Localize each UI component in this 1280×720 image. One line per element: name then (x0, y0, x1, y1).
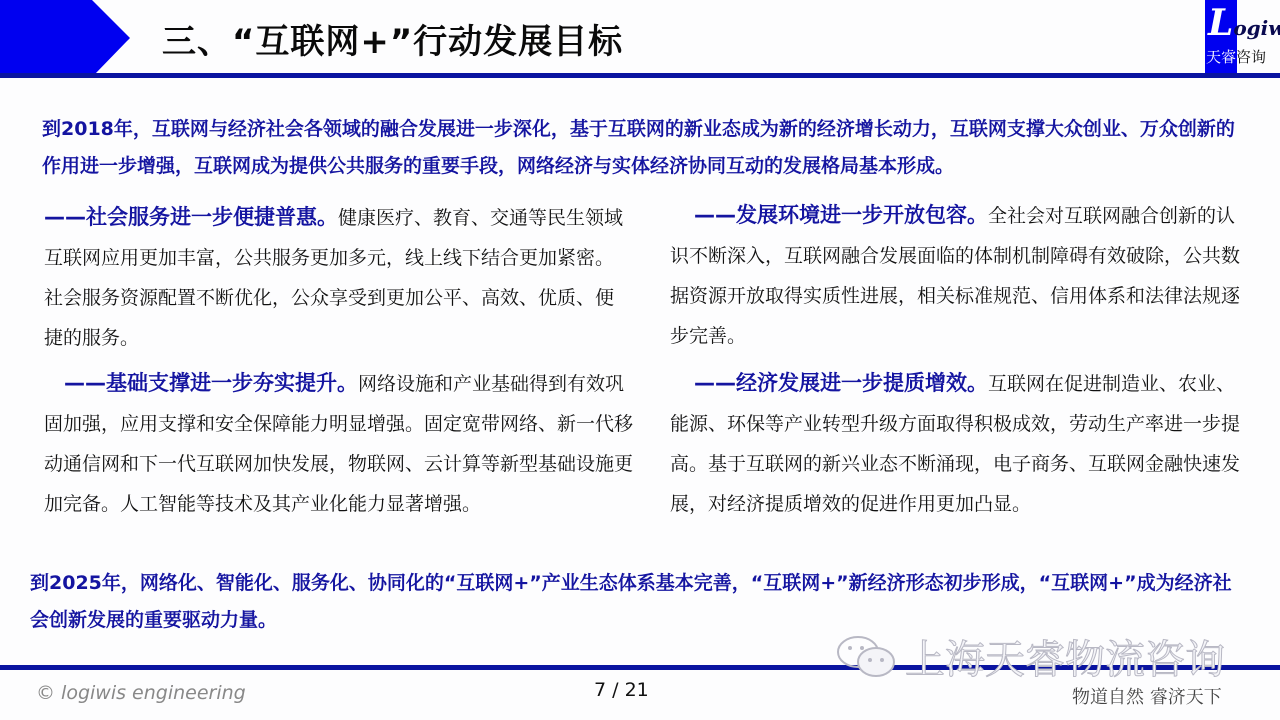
logo-cn-name: 天睿咨询 (1206, 46, 1266, 67)
goal-heading: ——发展环境进一步开放包容。 (694, 203, 988, 227)
header-arrow-shape (0, 0, 132, 74)
goal-environment: ——发展环境进一步开放包容。全社会对互联网融合创新的认识不断深入，互联网融合发展… (670, 195, 1240, 356)
goal-infrastructure: ——基础支撑进一步夯实提升。网络设施和产业基础得到有效巩固加强，应用支撑和安全保… (44, 363, 634, 524)
wechat-icon (836, 634, 906, 684)
slogan: 物道自然 睿济天下 (1072, 683, 1222, 709)
logo: Logiwis 天睿咨询 (1196, 0, 1280, 73)
page-number: 7 / 21 (594, 679, 649, 701)
page-title: 三、“互联网+”行动发展目标 (162, 14, 623, 63)
copyright: © logiwis engineering (36, 682, 246, 704)
goal-heading: ——经济发展进一步提质增效。 (694, 371, 988, 395)
intro-paragraph: 到2018年，互联网与经济社会各领域的融合发展进一步深化，基于互联网的新业态成为… (42, 111, 1242, 185)
header-divider (0, 73, 1280, 78)
logo-wordmark: Logiwis (1208, 2, 1280, 44)
goal-heading: ——基础支撑进一步夯实提升。 (64, 371, 358, 395)
watermark-text: 上海天睿物流咨询 (905, 628, 1225, 685)
goal-social-services: ——社会服务进一步便捷普惠。健康医疗、教育、交通等民生领域互联网应用更加丰富，公… (44, 197, 629, 358)
goal-economy: ——经济发展进一步提质增效。互联网在促进制造业、农业、能源、环保等产业转型升级方… (670, 363, 1250, 524)
goal-heading: ——社会服务进一步便捷普惠。 (44, 205, 338, 229)
